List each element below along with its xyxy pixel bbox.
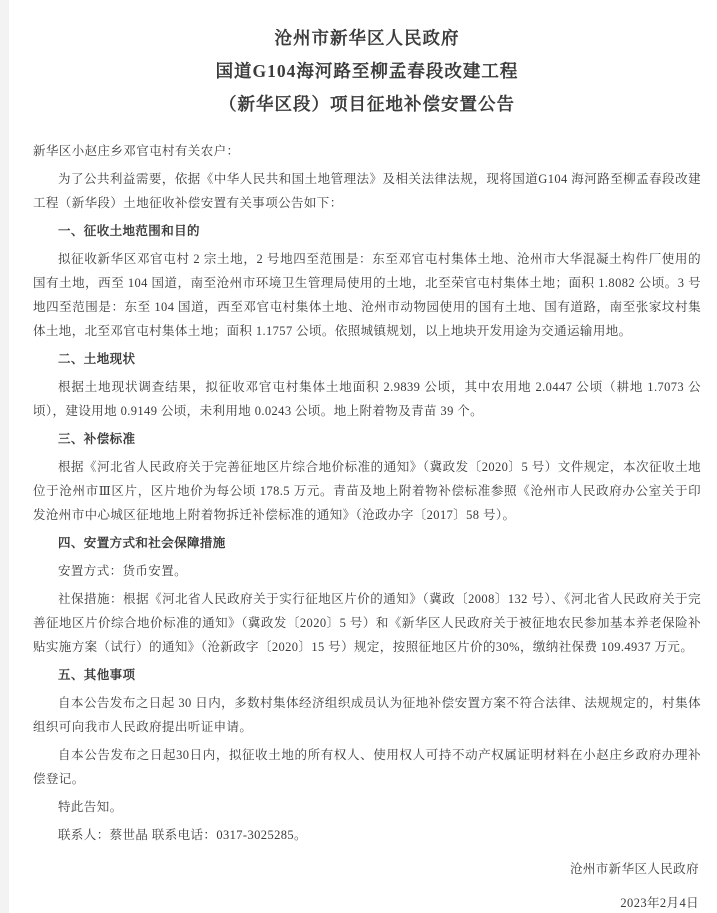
section-5-paragraph-2: 自本公告发布之日起30日内，拟征收土地的所有权人、使用权人可持不动产权属证明材料… [33,743,701,791]
closing-notice: 特此告知。 [33,795,701,819]
section-4-paragraph-2: 社保措施：根据《河北省人民政府关于实行征地区片价的通知》（冀政〔2008〕132… [33,587,701,659]
signature-issuer: 沧州市新华区人民政府 [33,857,699,881]
intro-paragraph: 为了公共利益需要，依据《中华人民共和国土地管理法》及相关法律法规，现将国道G10… [33,167,701,215]
section-4-paragraph-1: 安置方式：货币安置。 [33,559,701,583]
signature-date: 2023年2月4日 [33,891,699,913]
page-left-edge [0,0,9,913]
section-2-heading: 二、土地现状 [33,347,701,371]
section-1-heading: 一、征收土地范围和目的 [33,219,701,243]
contact-line: 联系人：蔡世晶 联系电话：0317-3025285。 [33,823,701,847]
title-line-3: （新华区段）项目征地补偿安置公告 [33,88,701,121]
section-1-paragraph: 拟征收新华区邓官屯村 2 宗土地，2 号地四至范围是：东至邓官屯村集体土地、沧州… [33,247,701,343]
document-content: 沧州市新华区人民政府 国道G104海河路至柳孟春段改建工程 （新华区段）项目征地… [0,0,717,913]
section-2-paragraph: 根据土地现状调查结果，拟征收邓官屯村集体土地面积 2.9839 公顷，其中农用地… [33,375,701,423]
salutation: 新华区小赵庄乡邓官屯村有关农户： [33,139,701,163]
section-5-heading: 五、其他事项 [33,663,701,687]
title-line-2: 国道G104海河路至柳孟春段改建工程 [33,55,701,88]
signature-block: 沧州市新华区人民政府 2023年2月4日 [33,857,701,913]
document-title: 沧州市新华区人民政府 国道G104海河路至柳孟春段改建工程 （新华区段）项目征地… [33,22,701,121]
section-3-paragraph: 根据《河北省人民政府关于完善征地区片综合地价标准的通知》（冀政发〔2020〕5 … [33,455,701,527]
section-4-heading: 四、安置方式和社会保障措施 [33,531,701,555]
section-5-paragraph-1: 自本公告发布之日起 30 日内，多数村集体经济组织成员认为征地补偿安置方案不符合… [33,691,701,739]
section-3-heading: 三、补偿标准 [33,427,701,451]
title-line-1: 沧州市新华区人民政府 [33,22,701,55]
announcement-document: 沧州市新华区人民政府 国道G104海河路至柳孟春段改建工程 （新华区段）项目征地… [0,0,717,913]
